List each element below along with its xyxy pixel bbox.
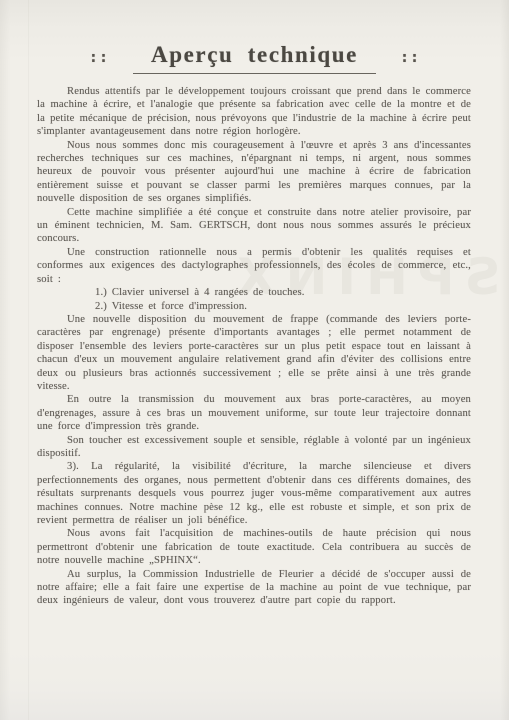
- paragraph: En outre la transmission du mouvement au…: [37, 393, 471, 433]
- list-item: 2.) Vitesse et force d'impression.: [37, 300, 471, 313]
- paragraph: 3). La régularité, la visibilité d'écrit…: [37, 460, 471, 527]
- title-decoration-right-icon: ::: [400, 42, 420, 66]
- paragraph: Cette machine simplifiée a été conçue et…: [37, 206, 471, 246]
- paragraph: Une nouvelle disposition du mouvement de…: [37, 313, 471, 393]
- title-row: :: Aperçu technique ::: [0, 42, 509, 74]
- paragraph: Une construction rationnelle nous a perm…: [37, 246, 471, 286]
- scan-edge-line: [28, 0, 29, 720]
- paragraph: Au surplus, la Commission Industrielle d…: [37, 568, 471, 608]
- scanned-document-page: SPHINX :: Aperçu technique :: Rendus att…: [0, 0, 509, 720]
- paragraph: Rendus attentifs par le développement to…: [37, 85, 471, 139]
- paragraph: Nous avons fait l'acquisition de machine…: [37, 527, 471, 567]
- page-title: Aperçu technique: [133, 42, 376, 74]
- list-item: 1.) Clavier universel à 4 rangées de tou…: [37, 286, 471, 299]
- document-body: Rendus attentifs par le développement to…: [37, 85, 471, 608]
- title-decoration-left-icon: ::: [89, 42, 109, 66]
- paragraph: Nous nous sommes donc mis courageusement…: [37, 139, 471, 206]
- paragraph: Son toucher est excessivement souple et …: [37, 434, 471, 461]
